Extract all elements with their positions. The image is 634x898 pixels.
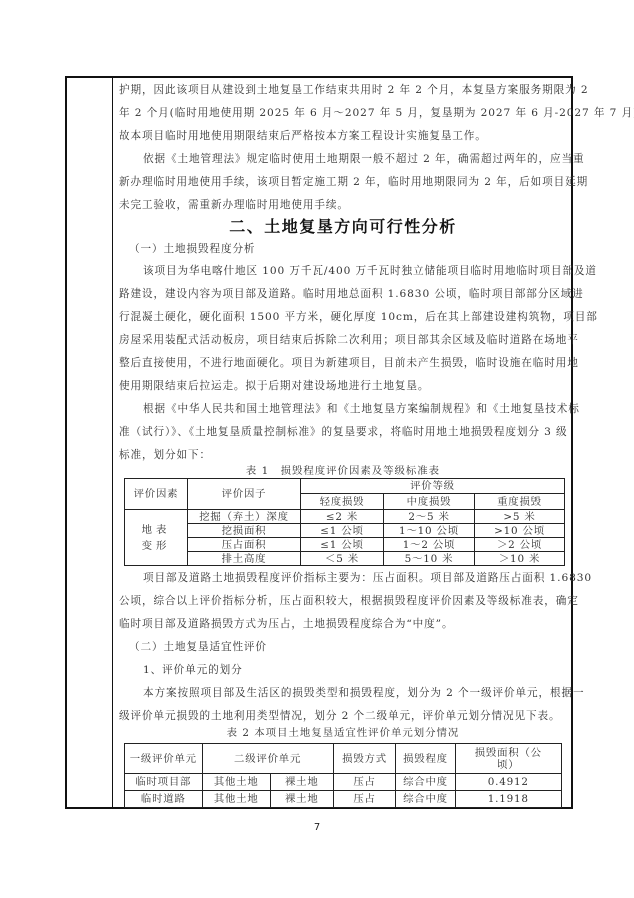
table-cell: 裸土地 bbox=[270, 774, 333, 791]
subsection-heading: （二）土地复垦适宜性评价 bbox=[129, 640, 577, 654]
table-row: 排土高度 ＜5 米 5～10 米 ＞10 米 bbox=[125, 552, 565, 566]
table-row: 临时道路 其他土地 裸土地 压占 综合中度 1.1918 bbox=[125, 791, 562, 808]
table-header: 评价因子 bbox=[188, 479, 301, 510]
table-cell: 1～10 公顷 bbox=[384, 524, 475, 538]
paragraph-line: 新办理临时用地使用手续，该项目暂定施工期 2 年，临时用地期限同为 2 年，后如… bbox=[119, 175, 567, 189]
table-header: 中度损毁 bbox=[384, 494, 475, 510]
table2-caption: 表 2 本项目土地复垦适宜性评价单元划分情况 bbox=[119, 724, 567, 739]
table-row: 压占面积 ≤1 公顷 1～2 公顷 ＞2 公顷 bbox=[125, 538, 565, 552]
table-cell: ＞10 米 bbox=[475, 552, 565, 566]
table-header: 一级评价单元 bbox=[125, 744, 203, 774]
paragraph-line: 该项目为华电喀什地区 100 万千瓦/400 万千瓦时独立储能项目临时用地临时项… bbox=[143, 264, 591, 278]
paragraph-line: 项目部及道路土地损毁程度评价指标主要为：压占面积。项目部及道路压占面积 1.68… bbox=[143, 571, 591, 585]
section-heading: 二、土地复垦方向可行性分析 bbox=[119, 214, 567, 237]
paragraph-line: 准（试行）》、《土地复垦质量控制标准》的复垦要求，将临时用地土地损毁程度划分 3… bbox=[119, 425, 567, 439]
content-area: 护期，因此该项目从建设到土地复垦工作结束共用时 2 年 2 个月，本复垦方案服务… bbox=[119, 78, 567, 807]
paragraph-line: 未完工验收，需重新办理临时用地使用手续。 bbox=[119, 198, 567, 212]
left-label-column bbox=[67, 78, 113, 807]
paragraph-line: 故本项目临时用地使用期限结束后严格按本方案工程设计实施复垦工作。 bbox=[119, 129, 567, 143]
table-cell: 1.1918 bbox=[455, 791, 561, 808]
table-cell: 1～2 公顷 bbox=[384, 538, 475, 552]
table-cell-group: 地表变形 bbox=[125, 510, 188, 566]
table-cell: ＜5 米 bbox=[301, 552, 384, 566]
paragraph-line: 房屋采用装配式活动板房，项目结束后拆除二次利用；项目部其余区域及临时道路在场地平 bbox=[119, 333, 567, 347]
paragraph-line: 级评价单元损毁的土地利用类型情况，划分 2 个二级单元，评价单元划分情况见下表。 bbox=[119, 709, 567, 723]
table-cell: >10 公顷 bbox=[475, 524, 565, 538]
table-cell: 其他土地 bbox=[202, 791, 270, 808]
paragraph-line: 护期，因此该项目从建设到土地复垦工作结束共用时 2 年 2 个月，本复垦方案服务… bbox=[119, 83, 567, 97]
document-frame: 护期，因此该项目从建设到土地复垦工作结束共用时 2 年 2 个月，本复垦方案服务… bbox=[65, 76, 573, 809]
table-cell: ≤1 公顷 bbox=[301, 538, 384, 552]
paragraph-line: 标准，划分如下： bbox=[119, 448, 567, 462]
table-cell: 综合中度 bbox=[396, 774, 455, 791]
table-cell: >5 米 bbox=[475, 510, 565, 524]
paragraph-line: 使用期限结束后拉运走。拟于后期对建设场地进行土地复垦。 bbox=[119, 379, 567, 393]
subsection-heading: 1、评价单元的划分 bbox=[143, 663, 591, 677]
table-cell: ≤2 米 bbox=[301, 510, 384, 524]
subsection-heading: （一）土地损毁程度分析 bbox=[129, 242, 577, 256]
page-number: 7 bbox=[0, 822, 634, 833]
table-header: 二级评价单元 bbox=[202, 744, 333, 774]
paragraph-line: 整后直接使用，不进行地面硬化。项目为新建项目，目前未产生损毁，临时设施在临时用地 bbox=[119, 356, 567, 370]
table-header: 轻度损毁 bbox=[301, 494, 384, 510]
table-cell: ≤1 公顷 bbox=[301, 524, 384, 538]
paragraph-line: 本方案按照项目部及生活区的损毁类型和损毁程度，划分为 2 个一级评价单元，根据一 bbox=[143, 686, 591, 700]
table-header: 评价等级 bbox=[301, 479, 565, 494]
table-cell: 0.4912 bbox=[455, 774, 561, 791]
paragraph-line: 年 2 个月(临时用地使用期 2025 年 6 月～2027 年 5 月，复垦期… bbox=[119, 106, 567, 120]
table-row: 挖损面积 ≤1 公顷 1～10 公顷 >10 公顷 bbox=[125, 524, 565, 538]
table-cell: 挖损面积 bbox=[188, 524, 301, 538]
table1-caption: 表 1 损毁程度评价因素及等级标准表 bbox=[119, 462, 567, 477]
paragraph-line: 依据《土地管理法》规定临时使用土地期限一般不超过 2 年，确需超过两年的，应当重 bbox=[143, 152, 591, 166]
table-cell: 排土高度 bbox=[188, 552, 301, 566]
paragraph-line: 公顷，综合以上评价指标分析，压占面积较大，根据损毁程度评价因素及等级标准表，确定 bbox=[119, 594, 567, 608]
table-header: 评价因素 bbox=[125, 479, 188, 510]
table1-damage-grade-standard: 评价因素 评价因子 评价等级 轻度损毁 中度损毁 重度损毁 地表变形 挖掘（弃土… bbox=[124, 478, 565, 566]
table-header: 损毁程度 bbox=[396, 744, 455, 774]
table-cell: 综合中度 bbox=[396, 791, 455, 808]
table-header: 损毁方式 bbox=[333, 744, 396, 774]
paragraph-line: 临时项目部及道路损毁方式为压占，土地损毁程度综合为“中度”。 bbox=[119, 617, 567, 631]
table-cell: 压占 bbox=[333, 774, 396, 791]
table-cell: 5～10 米 bbox=[384, 552, 475, 566]
table-cell: 压占 bbox=[333, 791, 396, 808]
table2-evaluation-units: 一级评价单元 二级评价单元 损毁方式 损毁程度 损毁面积（公顷） 临时项目部 其… bbox=[124, 743, 562, 808]
table-cell: 临时项目部 bbox=[125, 774, 203, 791]
table-header: 损毁面积（公顷） bbox=[455, 744, 561, 774]
table-cell: ＞2 公顷 bbox=[475, 538, 565, 552]
table-header: 重度损毁 bbox=[475, 494, 565, 510]
table-cell: 临时道路 bbox=[125, 791, 203, 808]
table-row: 地表变形 挖掘（弃土）深度 ≤2 米 2～5 米 >5 米 bbox=[125, 510, 565, 524]
paragraph-line: 路建设，建设内容为项目部及道路。临时用地总面积 1.6830 公顷，临时项目部部… bbox=[119, 287, 567, 301]
paragraph-line: 根据《中华人民共和国土地管理法》和《土地复垦方案编制规程》和《土地复垦技术标 bbox=[143, 402, 591, 416]
table-cell: 压占面积 bbox=[188, 538, 301, 552]
table-row: 临时项目部 其他土地 裸土地 压占 综合中度 0.4912 bbox=[125, 774, 562, 791]
table-cell: 挖掘（弃土）深度 bbox=[188, 510, 301, 524]
paragraph-line: 行混凝土硬化，硬化面积 1500 平方米，硬化厚度 10cm，后在其上部建设建构… bbox=[119, 310, 567, 324]
table-cell: 其他土地 bbox=[202, 774, 270, 791]
table-cell: 2～5 米 bbox=[384, 510, 475, 524]
table-cell: 裸土地 bbox=[270, 791, 333, 808]
